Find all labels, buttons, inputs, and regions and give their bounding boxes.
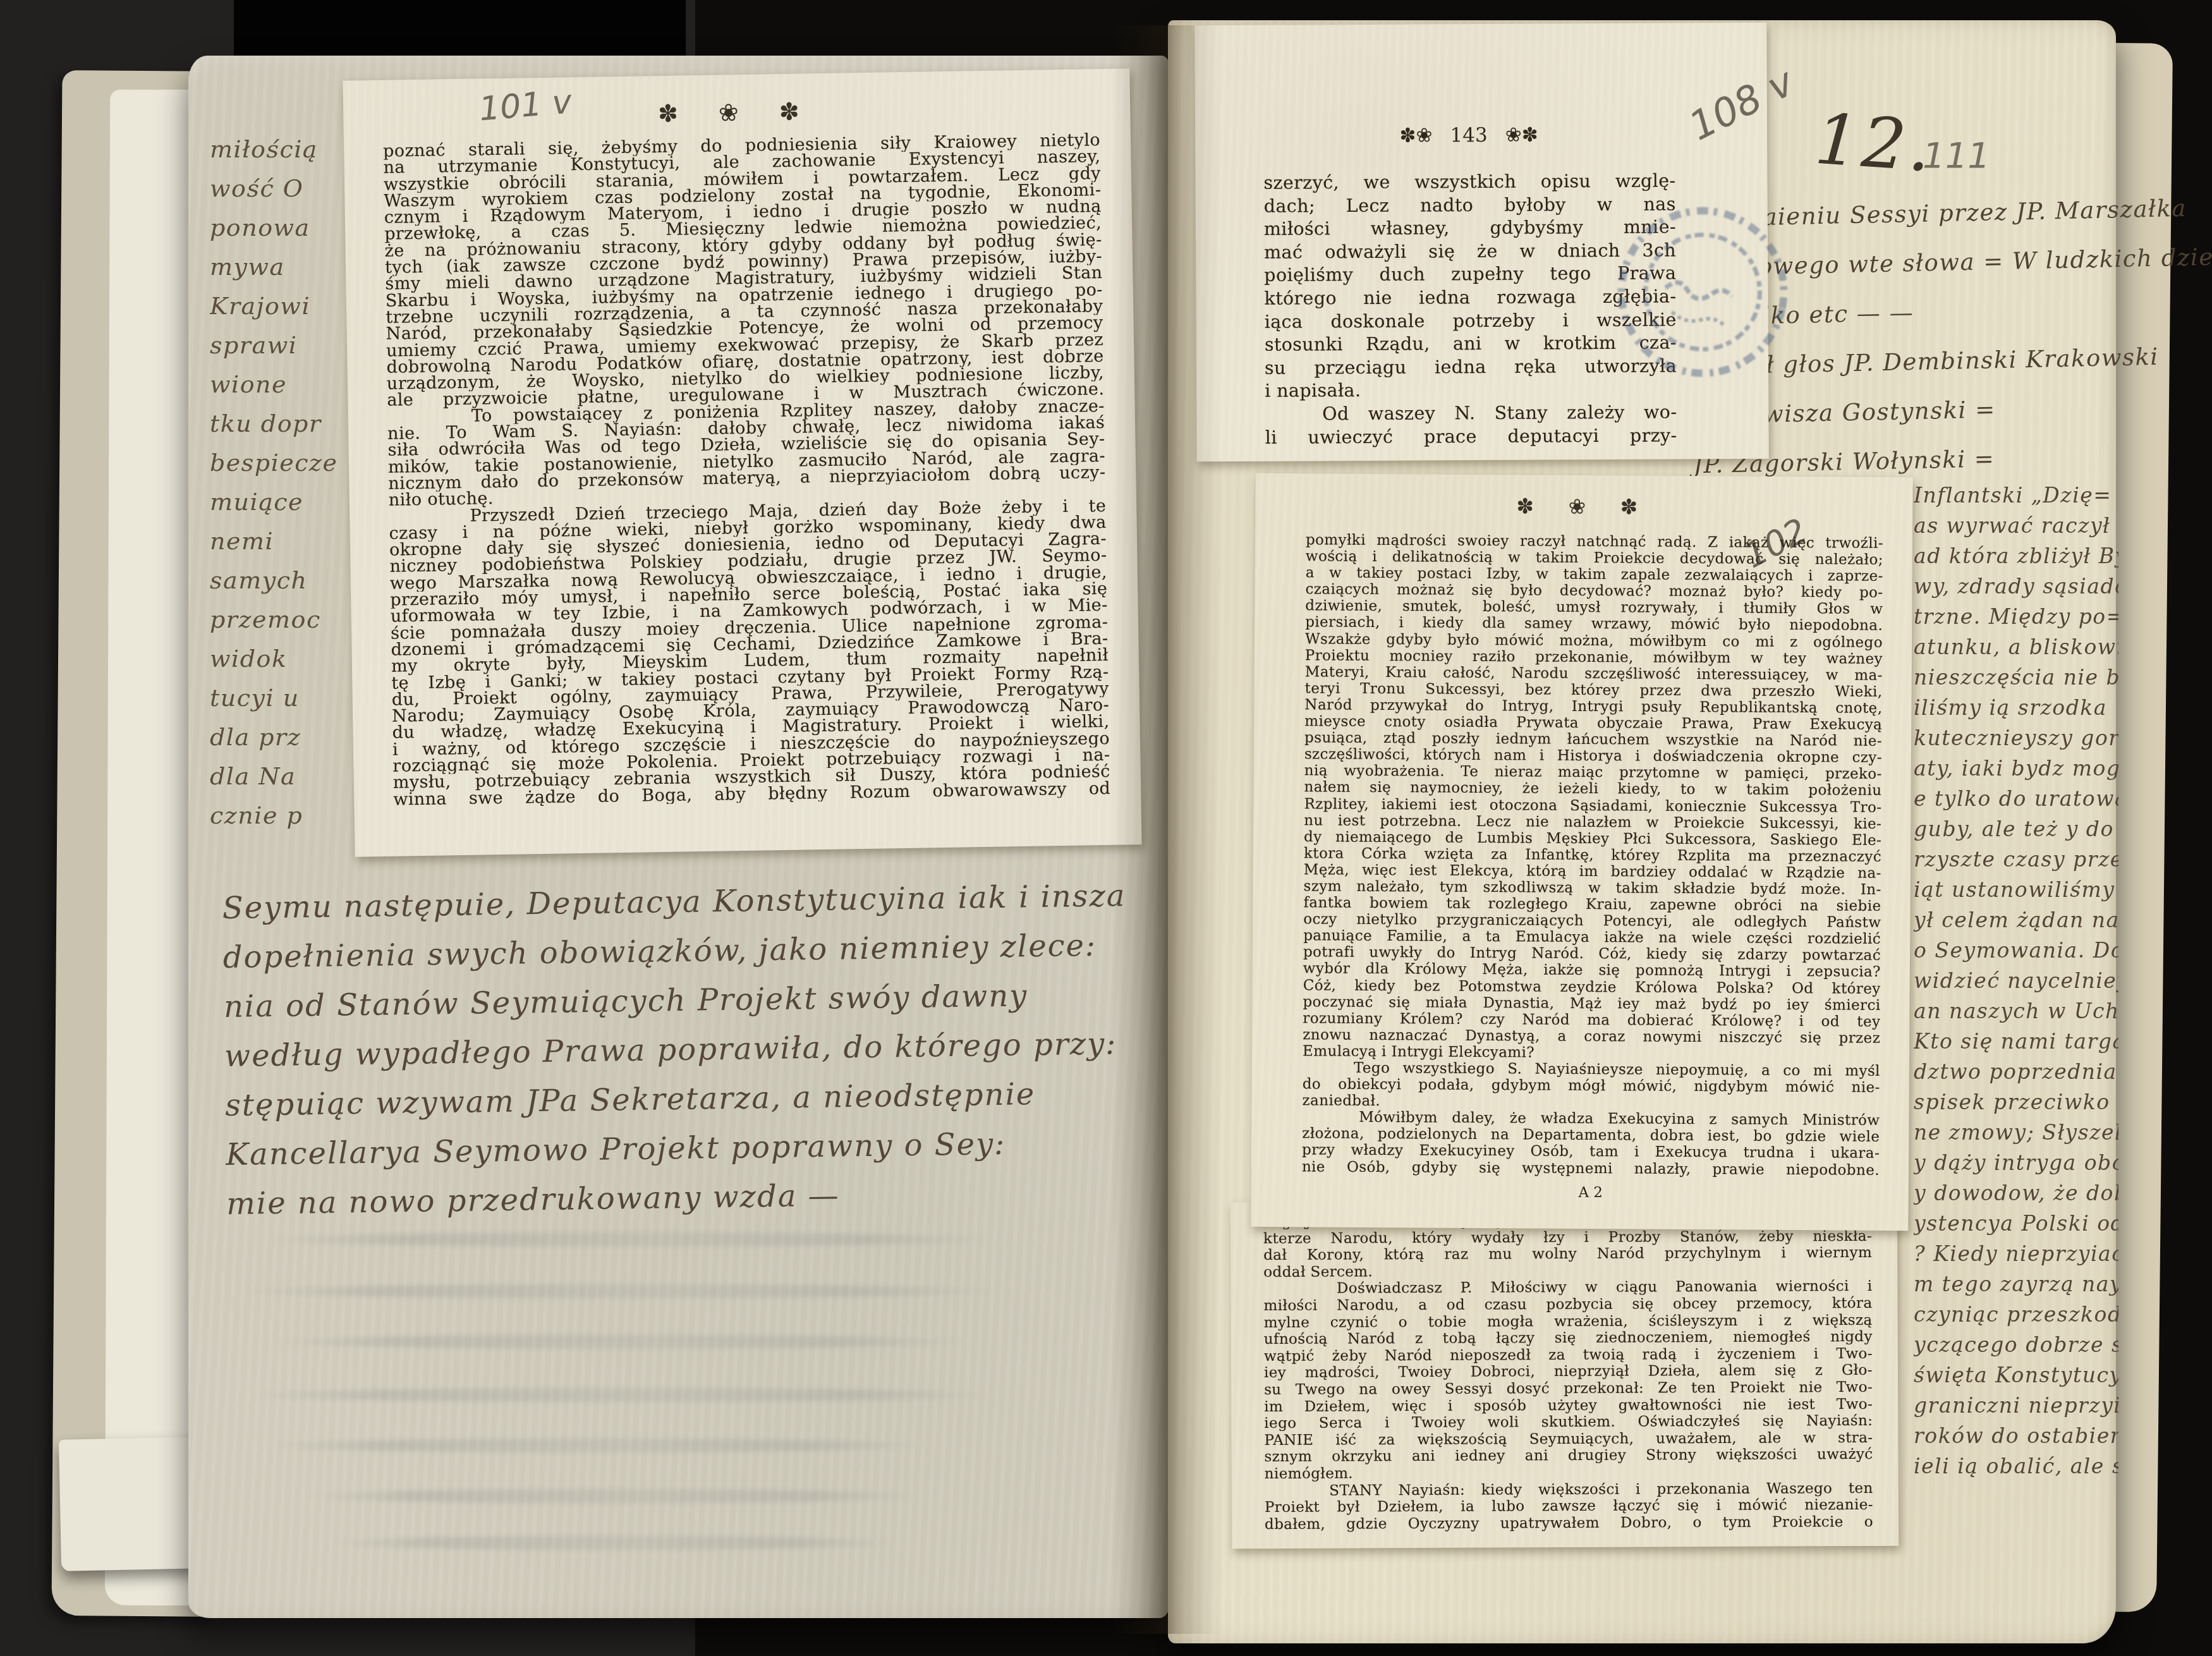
text-line: wy, zdrady sąsiadow bbox=[1914, 571, 2118, 602]
printer-ornament-row: ✽ ❀ ✽ bbox=[1255, 492, 1912, 521]
text-line: dla Na bbox=[210, 757, 354, 796]
text-line: kutecznieyszy gorliwości bbox=[1914, 723, 2118, 753]
text-line: niemógłem. bbox=[1265, 1463, 1873, 1483]
text-line: cznie p bbox=[210, 796, 354, 835]
text-line: im Dziełem, więc i sposób użytey gwałtow… bbox=[1264, 1396, 1873, 1415]
text-line: samych bbox=[210, 561, 354, 600]
text-line: widzieć naycelnieyszy bbox=[1914, 966, 2118, 996]
text-line: nie Osób, gdyby się występnemi nalazły, … bbox=[1302, 1159, 1880, 1179]
text-line: STANY Nayiaśn: kiedy większości i przeko… bbox=[1265, 1480, 1873, 1499]
text-line: Od waszey N. Stany zależy wo- bbox=[1265, 401, 1677, 426]
text-line: ad która zbliżył By= bbox=[1914, 541, 2118, 571]
text-line: ufnością Naród z tobą łączy się ziednocz… bbox=[1264, 1329, 1873, 1348]
text-line: przemoc bbox=[210, 600, 354, 639]
text-line: dach; Lecz nadto byłoby w nas bbox=[1264, 193, 1676, 218]
show-through-streak bbox=[265, 1439, 929, 1452]
backdrop-shadow-bar bbox=[234, 0, 686, 60]
right-middle-printed-clipping: 102 ✽ ❀ ✽ pomyłki mądrości swoiey raczył… bbox=[1251, 473, 1912, 1231]
text-line: kterze Narodu, który wydały łzy i Prozby… bbox=[1263, 1227, 1872, 1247]
text-line: miłości Narodu, a od czasu pozbycia się … bbox=[1263, 1295, 1872, 1315]
round-ink-stamp-icon bbox=[1593, 183, 1812, 401]
show-through-streak bbox=[240, 1284, 999, 1298]
text-line: Krajowi bbox=[210, 286, 354, 326]
printed-speech-text: nego Jana Kazimierza abdykacyą,kterze Na… bbox=[1263, 1211, 1873, 1533]
text-line: widok bbox=[210, 639, 354, 678]
text-line: bespiecze bbox=[210, 443, 354, 482]
text-line: iąt ustanowiliśmy bbox=[1914, 875, 2118, 905]
text-line: ne zmowy; Słyszeliście bbox=[1914, 1117, 2118, 1148]
text-line: dał Korony, którą raz mu wolny Naród prz… bbox=[1263, 1245, 1872, 1264]
ornament-right-icon: ❀✽ bbox=[1505, 124, 1538, 147]
show-through-streak bbox=[303, 1489, 923, 1503]
text-line: szerzyć, we wszystkich opisu wzglę- bbox=[1263, 169, 1675, 195]
text-line: mylne czynić o tobie mogła wrażenia, ści… bbox=[1264, 1312, 1873, 1331]
text-line: miłością bbox=[210, 130, 354, 169]
text-line: sznym okrzyku ani iedney ani drugiey Str… bbox=[1265, 1446, 1873, 1466]
text-line: graniczni nieprzyiaciele bbox=[1914, 1391, 2118, 1421]
folio-pencil-number: 111 bbox=[1923, 135, 1990, 176]
text-line: nemi bbox=[210, 521, 354, 561]
text-line: święta Konstytucya bbox=[1914, 1360, 2118, 1391]
text-line: li uwieczyć prace deputacyi przy- bbox=[1265, 424, 1677, 449]
text-line: nieszczęścia nie było bbox=[1914, 662, 2118, 693]
text-line: o Seymowania. Dozor= bbox=[1914, 935, 2118, 966]
text-line: dztwo poprzednia. — Sty= bbox=[1914, 1057, 2118, 1087]
text-line: as wyrwać raczył bbox=[1914, 511, 2118, 541]
text-line: PANIE iść za większością Seymuiących, uw… bbox=[1264, 1430, 1873, 1449]
text-line: rzyszte czasy przez bbox=[1914, 844, 2118, 875]
text-line: mywa bbox=[210, 247, 354, 286]
text-line: iey mądrości, Twoiey Dobroci, nieprzyiął… bbox=[1264, 1362, 1873, 1382]
text-line: ystencya Polski od usta= bbox=[1914, 1209, 2118, 1239]
text-line: iliśmy ią srzodka bbox=[1914, 693, 2118, 723]
show-through-streak bbox=[265, 1233, 992, 1246]
text-line: roków do ostabienia bbox=[1914, 1421, 2118, 1451]
text-line: Proiekt był Dziełem, ia lubo zawsze łącz… bbox=[1265, 1497, 1873, 1516]
text-line: trzne. Między po= bbox=[1914, 602, 2118, 632]
text-line: y dowodow, że dobro Kraiu bbox=[1914, 1178, 2118, 1209]
text-line: oddał Sercem. bbox=[1263, 1262, 1872, 1281]
text-line: muiące bbox=[210, 482, 354, 521]
show-through-streak bbox=[329, 1536, 897, 1550]
text-line: ył celem żądan naszych bbox=[1914, 905, 2118, 935]
printed-gathering-signature: A 2 bbox=[1302, 1183, 1880, 1203]
text-line: ? Kiedy nieprzyiaciele bbox=[1914, 1239, 2118, 1269]
printed-speech-text: pomyłki mądrości swoiey raczył natchnąć … bbox=[1302, 532, 1883, 1178]
printer-ornament-row: ✽ ❀ ✽ bbox=[343, 92, 1131, 133]
text-line: atunku, a bliskownia bbox=[1914, 632, 2118, 662]
text-line: miłości własney, gdybyśmy mnie- bbox=[1264, 216, 1676, 241]
text-line: i napisała. bbox=[1265, 378, 1677, 403]
text-line: dla prz bbox=[210, 717, 354, 757]
left-bottom-manuscript: Seymu następuie, Deputacya Konstytucyina… bbox=[222, 871, 1136, 1229]
text-line: y dąży intryga obca bbox=[1914, 1148, 2118, 1178]
printed-page-number-header: ✽❀ 143 ❀✽ bbox=[1261, 123, 1676, 147]
ornament-left-icon: ✽❀ bbox=[1399, 124, 1432, 147]
text-line: iego Serca i Twoiey woli skutkiem. Oświa… bbox=[1264, 1413, 1873, 1432]
text-line: spisek przeciwko nam bbox=[1914, 1087, 2118, 1117]
printed-page-number: 143 bbox=[1450, 124, 1487, 147]
text-line: ieli ią obalić, ale swiatłych bbox=[1914, 1451, 2118, 1482]
text-line: an naszych w Uchwale bbox=[1914, 996, 2118, 1026]
text-line: m tego zayrzą nay — bbox=[1914, 1269, 2118, 1300]
text-line: tku dopr bbox=[210, 404, 354, 443]
text-line: Doświadczasz P. Miłościwy w ciągu Panowa… bbox=[1263, 1278, 1872, 1298]
left-margin-manuscript: miłościąwość OponowamywaKrajowisprawiwio… bbox=[210, 130, 354, 847]
left-printed-clipping: 101 v ✽ ❀ ✽ poznać starali się, żebyśmy … bbox=[343, 68, 1141, 856]
text-line: yczącego dobrze swey bbox=[1914, 1330, 2118, 1360]
right-margin-manuscript: Inflantski „Dzię=as wyrwać raczyład któr… bbox=[1914, 480, 2118, 1489]
text-line: sprawi bbox=[210, 326, 354, 365]
text-line: ponowa bbox=[210, 208, 354, 247]
text-line: Kto się nami targać bbox=[1914, 1026, 2118, 1057]
text-line: dbałem, gdzie Oyczyzny upatrywałem Dobro… bbox=[1265, 1514, 1873, 1533]
text-line: e tylko do uratowania bbox=[1914, 784, 2118, 814]
text-line: guby, ale też y do zabes bbox=[1914, 814, 2118, 844]
show-through-streak bbox=[246, 1388, 992, 1402]
printed-speech-text: poznać starali się, żebyśmy do podniesie… bbox=[383, 132, 1110, 808]
archive-scan: { "colors": { "background": "#0d0c0a", "… bbox=[0, 0, 2212, 1656]
text-line: wątpić żeby Naród nieposzedł za twoią ra… bbox=[1264, 1346, 1873, 1365]
text-line: Inflantski „Dzię= bbox=[1914, 480, 2118, 511]
ink-docket-number: 12. bbox=[1813, 99, 1936, 188]
right-bottom-printed-clipping: nego Jana Kazimierza abdykacyą,kterze Na… bbox=[1231, 1200, 1899, 1549]
show-through-streak bbox=[272, 1335, 967, 1349]
text-line: czyniąc przeszkody? bbox=[1914, 1300, 2118, 1330]
text-line: aty, iaki bydz mogł bbox=[1914, 753, 2118, 784]
text-line: tucyi u bbox=[210, 678, 354, 717]
text-line: wość O bbox=[210, 169, 354, 208]
text-line: su Twego na owey Sessyi dosyć przekonał:… bbox=[1264, 1379, 1873, 1399]
text-line: wione bbox=[210, 365, 354, 404]
